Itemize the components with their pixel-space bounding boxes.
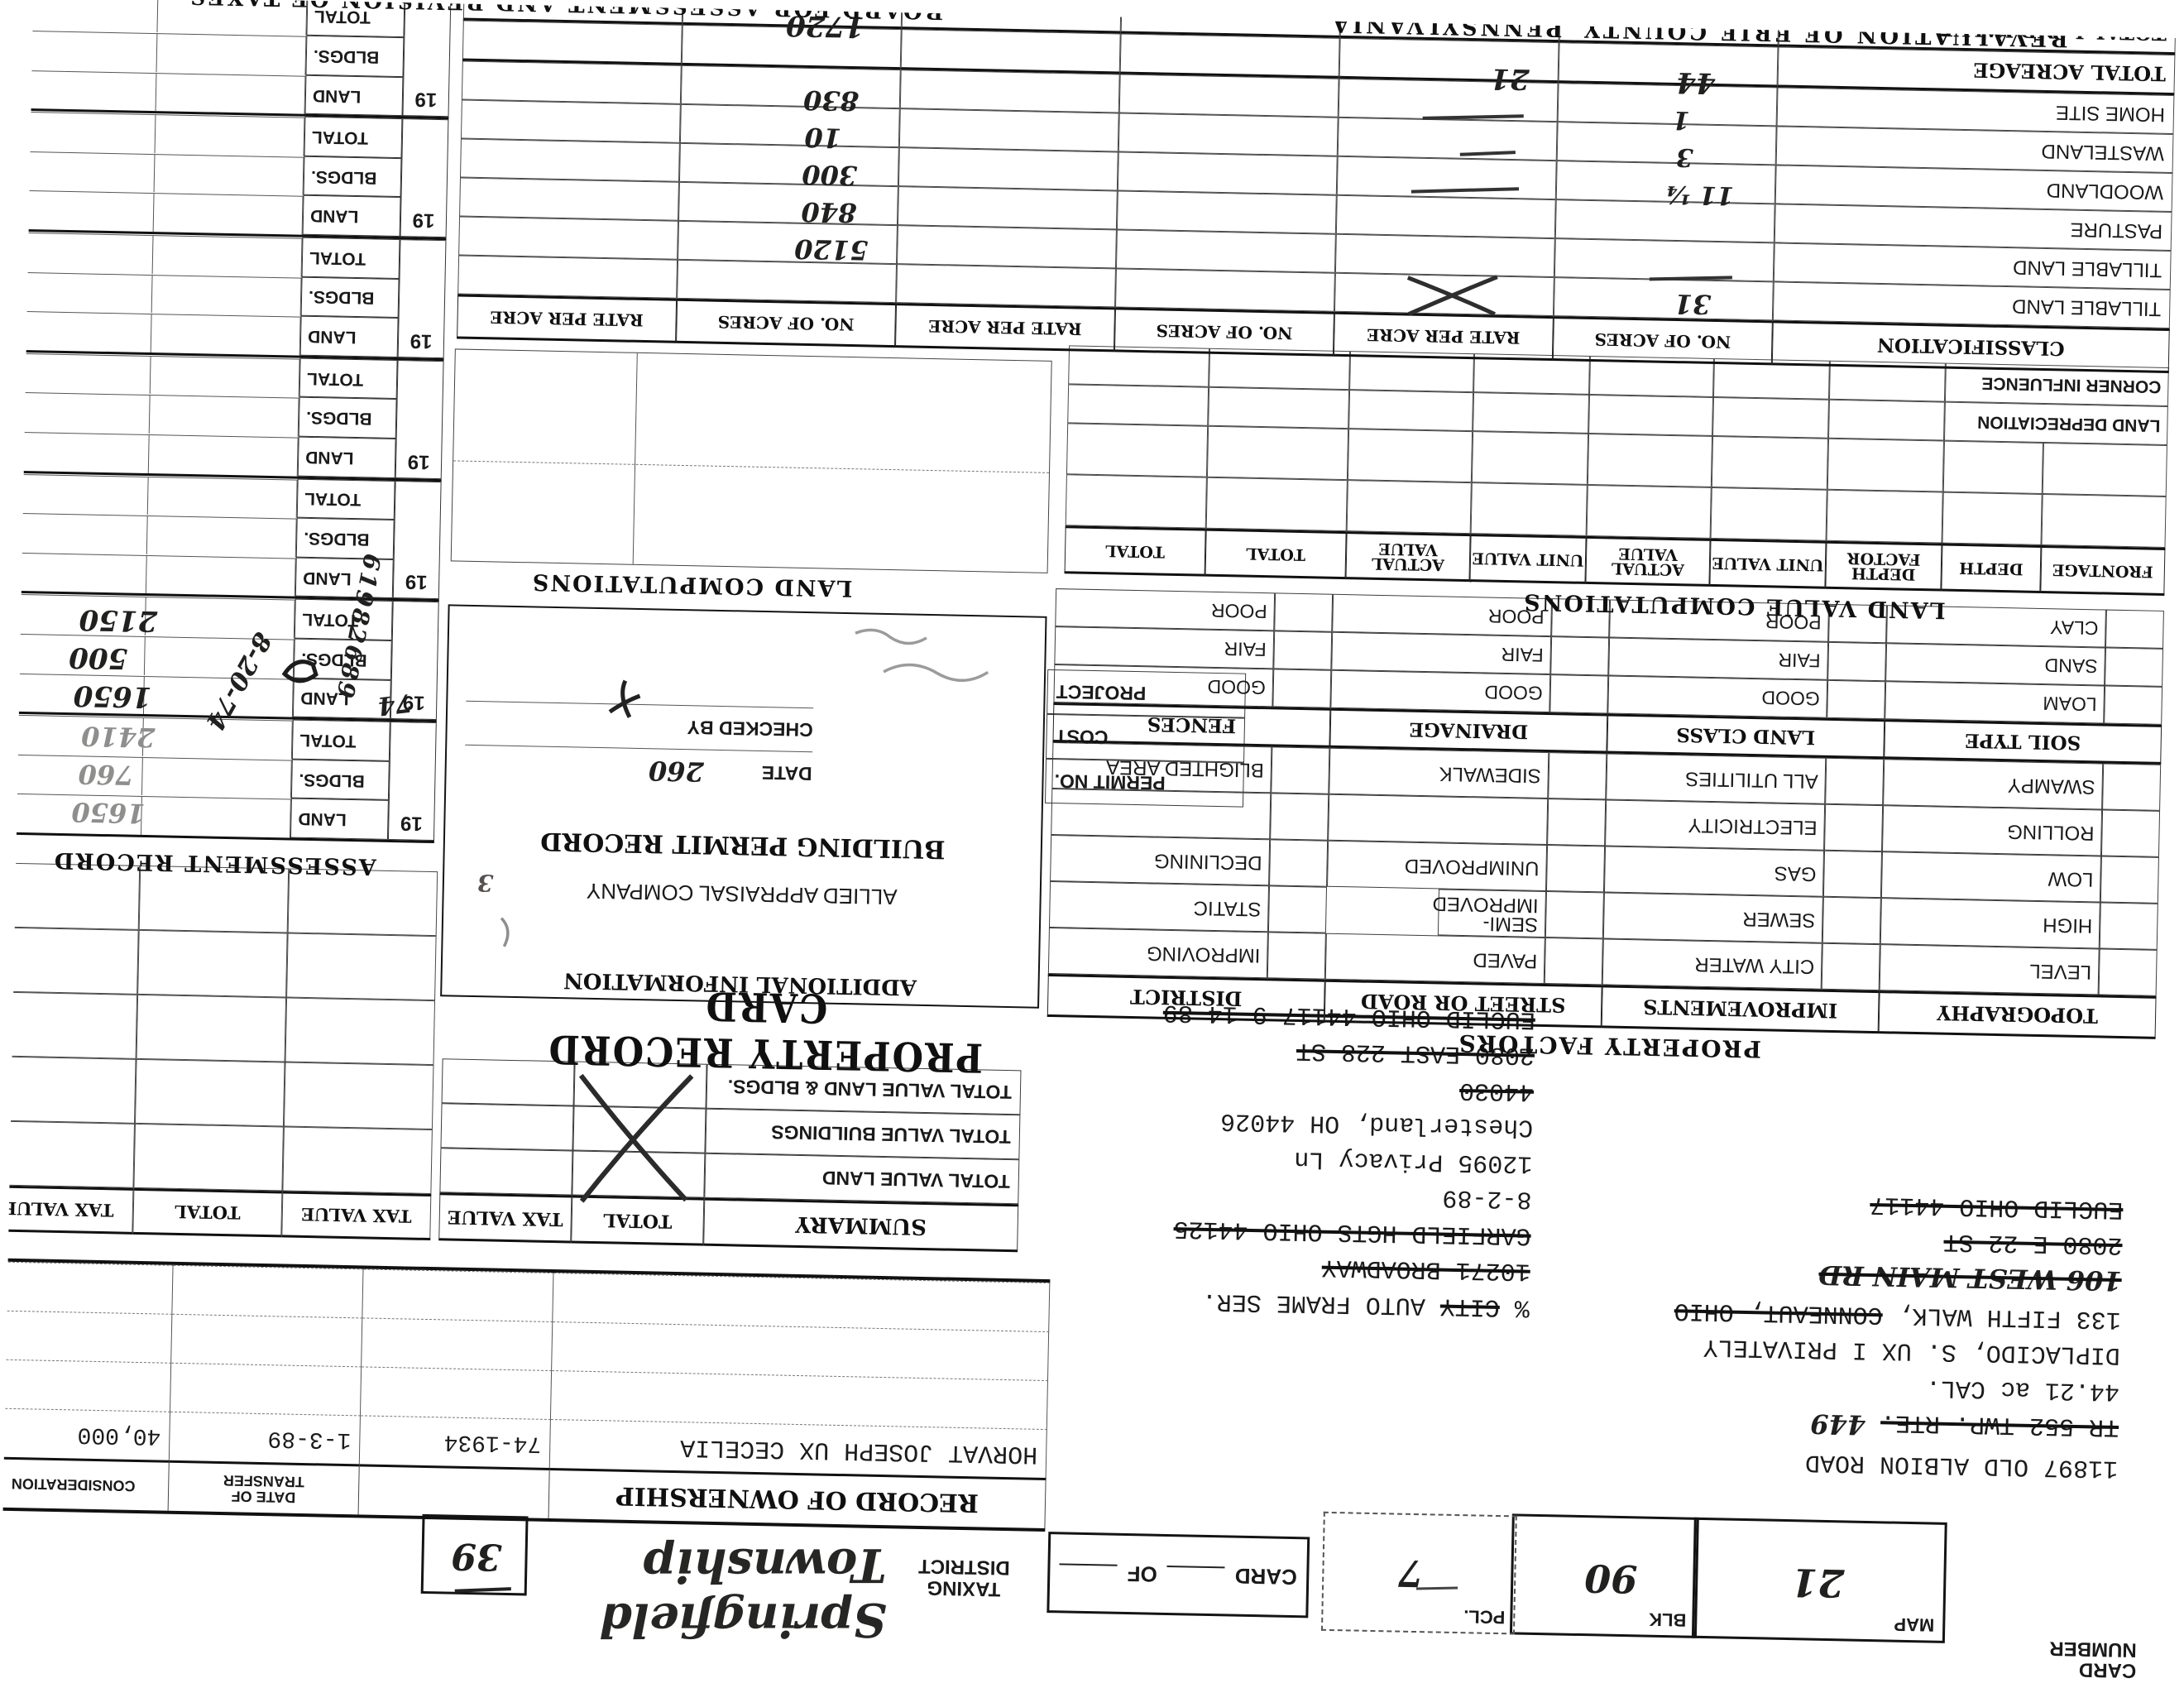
page-number-overline [455,1588,511,1592]
pencil-mark [500,918,508,947]
homesite-rate-dash [1423,114,1524,120]
pcl-dash [1416,1587,1458,1590]
handwriting-marks-layer [0,0,2184,1688]
pencil-squiggle [884,664,988,681]
pencil-squiggle [855,630,927,644]
ink-scribble [285,661,316,681]
tillable-rate-scribble [1407,276,1497,316]
tillable2-dash [1650,276,1732,281]
property-record-card: CARD NUMBER MAP 21 BLK 90 PCL. 7 CARD OF… [0,0,2184,1688]
checked-by-mark [610,680,640,717]
scanned-page: CARD NUMBER MAP 21 BLK 90 PCL. 7 CARD OF… [0,0,2184,1688]
woodland-rate-dash [1411,187,1519,194]
wasteland-rate-dash [1460,151,1516,156]
